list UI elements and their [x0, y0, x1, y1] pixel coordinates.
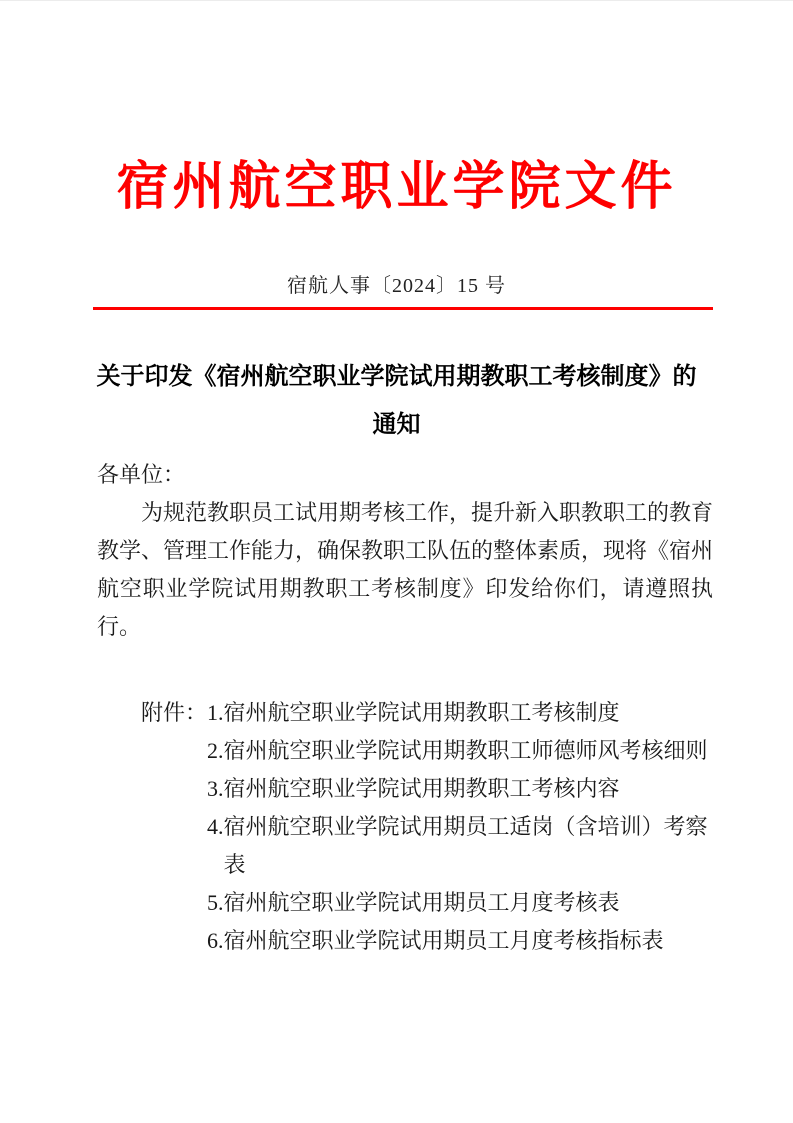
attachment-item: 3. 宿州航空职业学院试用期教职工考核内容: [207, 770, 712, 808]
attachments-label: 附件：: [141, 694, 207, 732]
attachment-title: 宿州航空职业学院试用期员工适岗（含培训）考察表: [224, 808, 714, 884]
attachment-item: 1. 宿州航空职业学院试用期教职工考核制度: [207, 694, 712, 732]
letterhead-org-title: 宿州航空职业学院文件: [0, 153, 793, 223]
attachment-item: 2. 宿州航空职业学院试用期教职工师德师风考核细则: [207, 732, 712, 770]
attachment-item: 6. 宿州航空职业学院试用期员工月度考核指标表: [207, 922, 712, 960]
notice-subject-line2: 通知: [0, 401, 793, 449]
attachments-list: 1. 宿州航空职业学院试用期教职工考核制度 2. 宿州航空职业学院试用期教职工师…: [207, 694, 712, 960]
body-paragraph: 为规范教职员工试用期考核工作，提升新入职教职工的教育教学、管理工作能力，确保教职…: [97, 494, 713, 646]
attachment-title: 宿州航空职业学院试用期教职工师德师风考核细则: [224, 732, 714, 770]
document-number: 宿航人事〔2024〕15 号: [0, 269, 793, 298]
notice-subject-line1: 关于印发《宿州航空职业学院试用期教职工考核制度》的: [0, 353, 793, 401]
salutation: 各单位：: [97, 456, 713, 494]
attachment-title: 宿州航空职业学院试用期员工月度考核表: [224, 884, 714, 922]
attachment-number: 2.: [207, 732, 224, 770]
notice-subject: 关于印发《宿州航空职业学院试用期教职工考核制度》的 通知: [0, 353, 793, 449]
attachment-title: 宿州航空职业学院试用期员工月度考核指标表: [224, 922, 714, 960]
attachment-number: 6.: [207, 922, 224, 960]
attachment-number: 4.: [207, 808, 224, 846]
attachment-title: 宿州航空职业学院试用期教职工考核内容: [224, 770, 714, 808]
attachment-number: 5.: [207, 884, 224, 922]
attachment-item: 4. 宿州航空职业学院试用期员工适岗（含培训）考察表: [207, 808, 712, 884]
attachments-section: 附件： 1. 宿州航空职业学院试用期教职工考核制度 2. 宿州航空职业学院试用期…: [97, 694, 713, 960]
attachment-item: 5. 宿州航空职业学院试用期员工月度考核表: [207, 884, 712, 922]
attachment-number: 3.: [207, 770, 224, 808]
red-divider-rule: [93, 307, 713, 310]
official-document-page: 宿州航空职业学院文件 宿航人事〔2024〕15 号 关于印发《宿州航空职业学院试…: [0, 0, 793, 1123]
attachment-number: 1.: [207, 694, 224, 732]
document-body: 各单位： 为规范教职员工试用期考核工作，提升新入职教职工的教育教学、管理工作能力…: [97, 456, 713, 960]
attachment-title: 宿州航空职业学院试用期教职工考核制度: [224, 694, 714, 732]
